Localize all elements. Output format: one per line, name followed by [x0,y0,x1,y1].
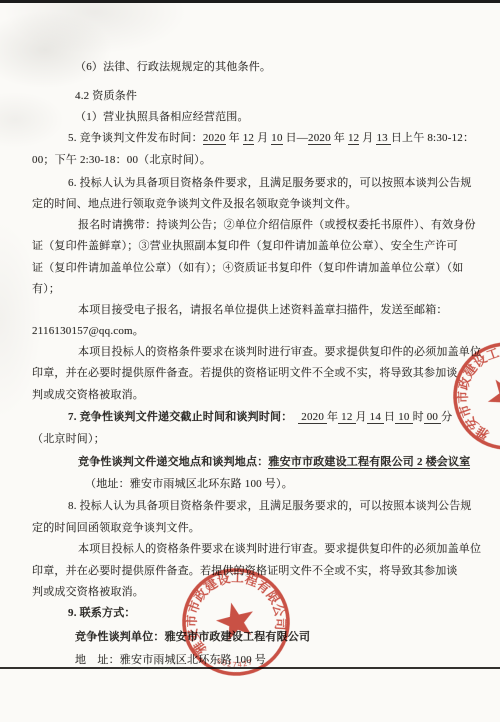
text-segment: 证（复印件请加盖单位公章）（如有）；④资质证书复印件（复印件请加盖单位公章）（如 [32,262,464,274]
text-segment: 8. 投标人认为具备项目资格条件要求，且满足服务要求的，可以按照本谈判公告规 [68,500,472,512]
text-segment: 2020 [308,132,331,145]
text-line: 7. 竞争性谈判文件递交截止时间和谈判时间： 2020 年 12 月 14 日 … [68,410,452,424]
text-segment: 12 [243,132,254,145]
text-line: 证（复印件盖鲜章）；③营业执照副本复印件（复印件请加盖单位公章）、安全生产许可 [32,239,458,253]
text-line: （北京时间）； [32,432,105,446]
text-segment: 雅安市市政建设工程有限公司 2 楼会议室 [268,456,470,469]
text-segment: 10 [271,132,282,145]
text-segment: 判或成交资格被取消。 [32,586,144,598]
text-segment: 定的时间回函领取竞争谈判文件。 [32,522,200,534]
text-line: 4.2 资质条件 [75,89,137,103]
text-segment: 定的时间、地点进行领取竞争谈判文件及报名领取竞争谈判文件。 [32,198,357,210]
text-segment: 7. 竞争性谈判文件递交截止时间和谈判时间： [68,411,292,423]
text-segment: 13 [376,132,390,145]
text-line: 本项目接受电子报名，请报名单位提供上述资料盖章扫描件，发送至邮箱： [78,303,448,317]
text-segment: （6）法律、行政法规规定的其他条件。 [75,61,271,73]
text-segment: 2116130157@qq.com。 [32,325,144,337]
text-line: （6）法律、行政法规规定的其他条件。 [75,60,271,74]
text-segment: 月 [356,411,367,423]
text-line: 印章，并在必要时提供原件备查。若提供的资格证明文件不全或不实，将导致其参加谈 [32,366,458,380]
text-segment: 12 [348,132,359,145]
text-line: 定的时间、地点进行领取竞争谈判文件及报名领取竞争谈判文件。 [32,197,357,211]
text-segment: 有）； [32,283,60,295]
text-segment: 日 [384,411,395,423]
text-line: 5. 竞争谈判文件发布时间：2020 年 12 月 10 日—2020 年 12… [68,131,474,145]
text-line: 有）； [32,282,60,296]
text-segment: 2020 [298,411,327,424]
text-line: 判或成交资格被取消。 [32,585,144,599]
text-line: 00；下午 2:30-18：00（北京时间）。 [32,153,211,167]
text-segment: 本项目接受电子报名，请报名单位提供上述资料盖章扫描件，发送至邮箱： [78,304,448,316]
text-segment: 5. 竞争谈判文件发布时间： [68,132,203,144]
text-line: （地址：雅安市雨城区北环东路 100 号）。 [85,477,293,491]
text-segment: 6. 投标人认为具备项目资格条件要求，且满足服务要求的，可以按照本谈判公告规 [68,177,472,189]
text-segment: 10 [395,411,412,424]
text-segment: 时 [413,411,424,423]
text-segment: 12 [338,411,355,424]
text-segment: 年 [331,132,348,144]
text-line: 判或成交资格被取消。 [32,388,144,402]
text-segment: 印章，并在必要时提供原件备查。若提供的资格证明文件不全或不实，将导致其参加谈 [32,367,458,379]
text-segment: 报名时请携带：持谈判公告；②单位介绍信原件（或授权委托书原件）、有效身份 [78,219,476,231]
text-segment: 00；下午 2:30-18：00（北京时间）。 [32,154,211,166]
text-line: 9. 联系方式： [68,606,136,620]
text-segment: 9. 联系方式： [68,607,136,619]
text-segment: 证（复印件盖鲜章）；③营业执照副本复印件（复印件请加盖单位公章）、安全生产许可 [32,240,458,252]
text-segment: 日上午 8:30-12： [391,132,474,144]
text-segment: （北京时间）； [32,433,105,445]
text-line: 证（复印件请加盖单位公章）（如有）；④资质证书复印件（复印件请加盖单位公章）（如 [32,261,464,275]
text-segment: 判或成交资格被取消。 [32,389,144,401]
text-line: 本项目投标人的资格条件要求在谈判时进行审查。要求提供复印件的必须加盖单位 [78,345,481,359]
text-line: 报名时请携带：持谈判公告；②单位介绍信原件（或授权委托书原件）、有效身份 [78,218,476,232]
text-line: 定的时间回函领取竞争谈判文件。 [32,521,200,535]
text-line: 8. 投标人认为具备项目资格条件要求，且满足服务要求的，可以按照本谈判公告规 [68,499,472,513]
text-segment: 竞争性谈判文件递交地点和谈判地点： [78,456,268,468]
text-segment: 年 [226,132,243,144]
text-line: 2116130157@qq.com。 [32,324,144,338]
text-segment: 14 [367,411,384,424]
text-line: 6. 投标人认为具备项目资格条件要求，且满足服务要求的，可以按照本谈判公告规 [68,176,472,190]
company-seal: 雅安市市政建设工程有限公司 5027427 [151,537,321,707]
text-line: 竞争性谈判文件递交地点和谈判地点：雅安市市政建设工程有限公司 2 楼会议室 [78,455,470,469]
text-segment: 月 [359,132,376,144]
text-line: （1）营业执照具备相应经营范围。 [75,110,249,124]
text-segment: 本项目投标人的资格条件要求在谈判时进行审查。要求提供复印件的必须加盖单位 [78,346,481,358]
document-page: （6）法律、行政法规规定的其他条件。4.2 资质条件（1）营业执照具备相应经营范… [0,0,500,722]
text-segment: 4.2 资质条件 [75,90,137,102]
star-icon [480,369,500,420]
star-icon [213,598,259,642]
text-segment: 日— [283,132,308,144]
text-segment: （地址：雅安市雨城区北环东路 100 号）。 [85,478,293,490]
text-segment: 2020 [203,132,226,145]
text-segment: （1）营业执照具备相应经营范围。 [75,111,249,123]
text-segment: 年 [327,411,338,423]
text-segment: 月 [254,132,271,144]
scan-top-edge [0,0,500,3]
